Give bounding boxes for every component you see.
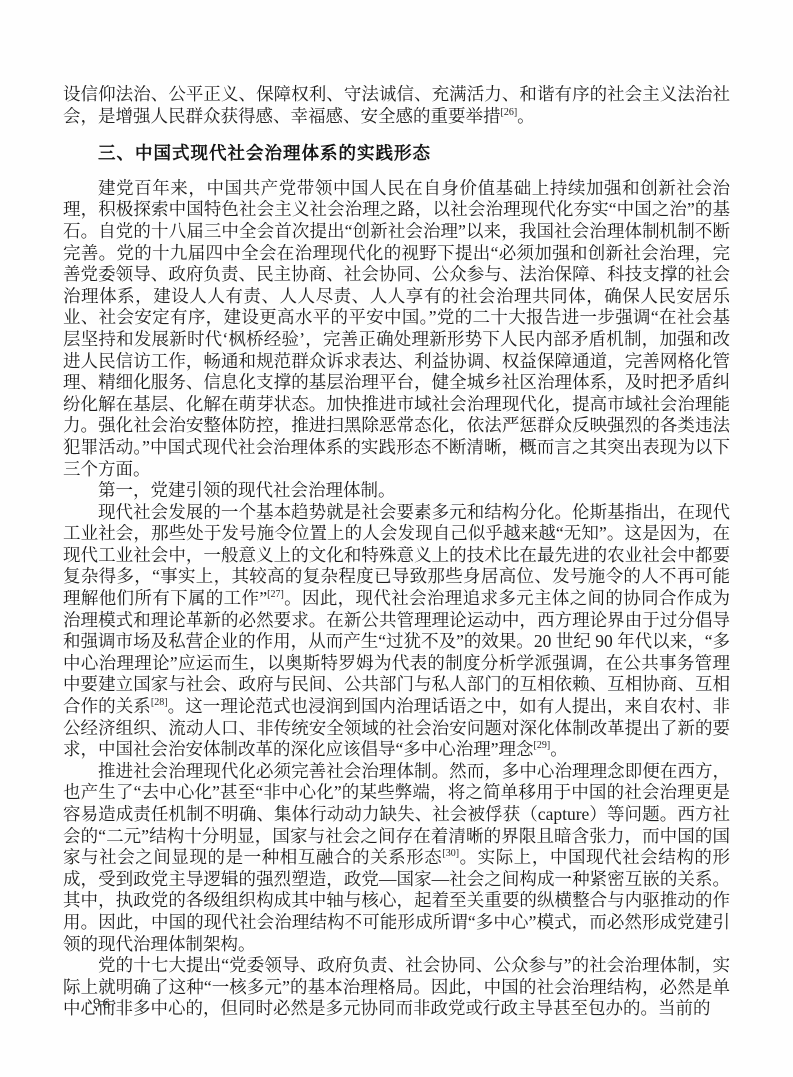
paragraph: 推进社会治理现代化必须完善社会治理体制。然而，多中心治理理念即便在西方，也产生了…: [63, 761, 730, 955]
text-run: 建党百年来，中国共产党带领中国人民在自身价值基础上持续加强和创新社会治理，积极探…: [63, 178, 730, 479]
text-run: 党的十七大提出“党委领导、政府负责、社会协同、公众参与”的社会治理体制，实际上就…: [63, 955, 730, 1018]
paper-page: 设信仰法治、公平正义、保障权利、守法诚信、充满活力、和谐有序的社会主义法治社会，…: [0, 0, 793, 1077]
footnote-ref: [28]: [151, 697, 168, 708]
footnote-ref: [27]: [267, 589, 284, 600]
paragraph: 建党百年来，中国共产党带领中国人民在自身价值基础上持续加强和创新社会治理，积极探…: [63, 178, 730, 480]
page-number: ·96·: [86, 996, 119, 1013]
section-heading: 三、中国式现代社会治理体系的实践形态: [63, 143, 730, 165]
paragraph: 党的十七大提出“党委领导、政府负责、社会协同、公众参与”的社会治理体制，实际上就…: [63, 955, 730, 1020]
content-blocks: 设信仰法治、公平正义、保障权利、守法诚信、充满活力、和谐有序的社会主义法治社会，…: [63, 84, 730, 1020]
paragraph: 现代社会发展的一个基本趋势就是社会要素多元和结构分化。伦斯基指出，在现代工业社会…: [63, 502, 730, 761]
text-run: 第一，党建引领的现代社会治理体制。: [98, 480, 396, 500]
footnote-ref: [29]: [534, 740, 551, 751]
text-run: 。: [550, 739, 568, 759]
footnote-ref: [30]: [442, 848, 459, 859]
text-run: 设信仰法治、公平正义、保障权利、守法诚信、充满活力、和谐有序的社会主义法治社会，…: [63, 84, 730, 126]
paragraph: 第一，党建引领的现代社会治理体制。: [63, 480, 730, 502]
footnote-ref: [26]: [501, 107, 518, 118]
text-run: 。: [517, 106, 535, 126]
paragraph: 设信仰法治、公平正义、保障权利、守法诚信、充满活力、和谐有序的社会主义法治社会，…: [63, 84, 730, 127]
